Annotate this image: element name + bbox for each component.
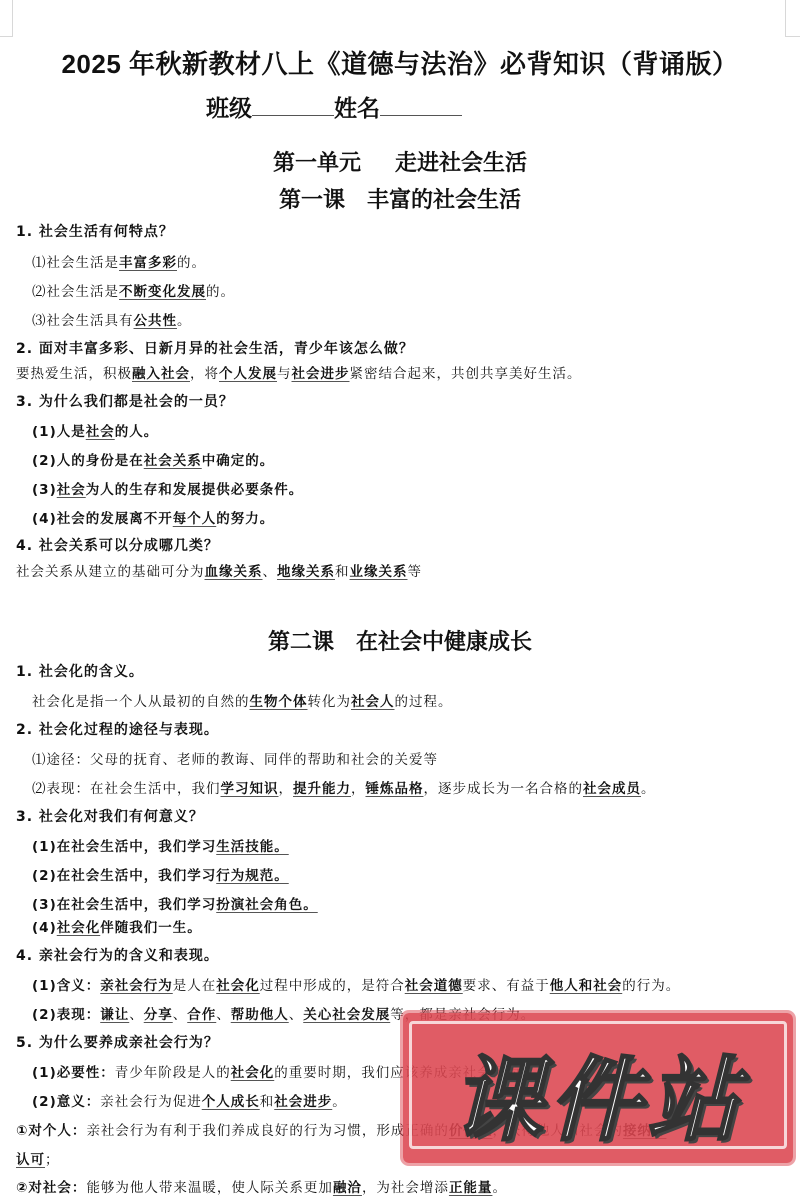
lesson1-heading: 第一课丰富的社会生活: [0, 183, 800, 214]
crop-mark-top-right: [785, 0, 800, 37]
answer-item: ⑶社会生活具有公共性。: [32, 309, 192, 329]
answer-item: (1)人是社会的人。: [32, 420, 158, 440]
name-label: 姓名: [334, 95, 380, 121]
question: 2. 面对丰富多彩、日新月异的社会生活，青少年该怎么做？: [16, 338, 414, 358]
class-blank-field[interactable]: [252, 97, 334, 116]
document-title: 2025 年秋新教材八上《道德与法治》必背知识（背诵版）: [0, 44, 800, 81]
answer-item: (1)在社会生活中，我们学习生活技能。: [32, 835, 289, 855]
class-name-line: 班级姓名: [206, 90, 462, 123]
answer-item-continued: 认可；: [16, 1148, 60, 1168]
question: 4. 亲社会行为的含义和表现。: [16, 945, 219, 965]
answer-item: (2)意义：亲社会行为促进个人成长和社会进步。: [32, 1090, 347, 1110]
question: 3. 社会化对我们有何意义？: [16, 806, 204, 826]
name-blank-field[interactable]: [380, 97, 462, 116]
question: 5. 为什么要养成亲社会行为？: [16, 1032, 219, 1052]
unit-number: 第一单元: [273, 150, 361, 175]
answer-item: ⑵表现：在社会生活中，我们学习知识，提升能力，锤炼品格，逐步成长为一名合格的社会…: [32, 777, 656, 797]
unit-name: 走进社会生活: [395, 150, 527, 175]
answer-item: (2)人的身份是在社会关系中确定的。: [32, 449, 274, 469]
watermark-text: 课件站: [403, 1027, 793, 1159]
answer-item: ⑵社会生活是不断变化发展的。: [32, 280, 235, 300]
crop-mark-top-left: [0, 0, 13, 37]
answer-item: (3)在社会生活中，我们学习扮演社会角色。: [32, 893, 318, 913]
question: 2. 社会化过程的途径与表现。: [16, 719, 219, 739]
lesson2-heading: 第二课在社会中健康成长: [0, 625, 800, 656]
lesson-name: 在社会中健康成长: [356, 629, 532, 654]
answer-text: 社会关系从建立的基础可分为血缘关系、地缘关系和业缘关系等: [16, 560, 422, 580]
question: 3. 为什么我们都是社会的一员？: [16, 391, 234, 411]
answer-item: ②对社会：能够为他人带来温暖，使人际关系更加融洽，为社会增添正能量。: [16, 1176, 507, 1196]
answer-item: ⑴社会生活是丰富多彩的。: [32, 251, 206, 271]
lesson-number: 第一课: [279, 187, 345, 212]
answer-text: 要热爱生活，积极融入社会，将个人发展与社会进步紧密结合起来，共创共享美好生活。: [16, 362, 582, 382]
question: 4. 社会关系可以分成哪几类？: [16, 535, 219, 555]
answer-item: ⑴途径：父母的抚育、老师的教诲、同伴的帮助和社会的关爱等: [32, 748, 438, 768]
answer-item: (3)社会为人的生存和发展提供必要条件。: [32, 478, 303, 498]
answer-item: (4)社会化伴随我们一生。: [32, 916, 202, 936]
answer-item: (2)在社会生活中，我们学习行为规范。: [32, 864, 289, 884]
answer-text: 社会化是指一个人从最初的自然的生物个体转化为社会人的过程。: [32, 690, 453, 710]
class-label: 班级: [206, 95, 252, 121]
lesson-name: 丰富的社会生活: [367, 187, 521, 212]
answer-item: (4)社会的发展离不开每个人的努力。: [32, 507, 274, 527]
question: 1. 社会生活有何特点？: [16, 221, 174, 241]
watermark-stamp: 课件站: [403, 1013, 793, 1163]
unit-heading: 第一单元走进社会生活: [0, 146, 800, 177]
lesson-number: 第二课: [268, 629, 334, 654]
question: 1. 社会化的含义。: [16, 661, 144, 681]
answer-item: (1)含义：亲社会行为是人在社会化过程中形成的，是符合社会道德要求、有益于他人和…: [32, 974, 680, 994]
